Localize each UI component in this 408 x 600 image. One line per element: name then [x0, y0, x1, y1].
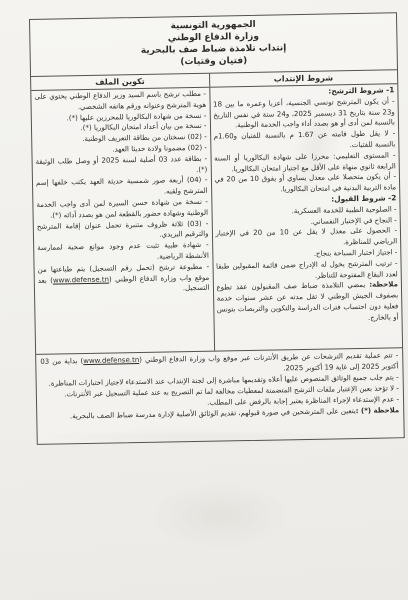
footer-note-label: ملاحظة (*) : — [356, 406, 400, 415]
note-label: ملاحظة: — [369, 281, 398, 290]
conditions-note: ملاحظة: يمضي التلامذة ضباط صف المقبولون … — [216, 280, 398, 327]
file-item: - مطلب ترشح باسم السيد وزير الدفاع الوطن… — [34, 89, 206, 114]
file-item: - نسخة من شهادة حسن السيرة لمن أدى واجب … — [36, 197, 208, 222]
general-notes-section: - تتم عملية تقديم الترشحات عن طريق الأنت… — [36, 347, 404, 444]
file-column: - مطلب ترشح باسم السيد وزير الدفاع الوطن… — [31, 88, 213, 354]
file-item: - (04) أربعة صور شمسية حديثة العهد يكتب … — [36, 175, 208, 200]
defense-website-url: www.defense.tn — [53, 275, 109, 284]
scanned-document-page: الجمهورية التونسية وزارة الدفاع الوطني إ… — [0, 0, 408, 600]
document-frame: الجمهورية التونسية وزارة الدفاع الوطني إ… — [29, 12, 405, 445]
file-item: - شهادة طبية تثبت عدم وجود موانع صحية لم… — [37, 240, 209, 265]
table-body-row: 1- شروط الترشح: - أن يكون المترشح تونسي … — [31, 84, 402, 354]
condition-item: - لا يقل طول قامته عن 1.67 م بالنسبة للف… — [214, 128, 396, 153]
defense-website-url: www.defense.tn — [83, 356, 139, 365]
scan-smudge — [150, 480, 290, 550]
document-header: الجمهورية التونسية وزارة الدفاع الوطني إ… — [30, 13, 397, 76]
file-item-registration-form: - مطبوعة ترشح (تحمل رقم التسجيل) يتم طبا… — [38, 261, 210, 297]
condition-item: - أن يكون المترشح تونسي الجنسية، أعزبا و… — [213, 96, 395, 132]
file-item: - (03) ثلاثة ظروف متنبرة تحمل عنوان إقام… — [37, 218, 209, 243]
conditions-column: 1- شروط الترشح: - أن يكون المترشح تونسي … — [209, 84, 402, 350]
file-item: - بطاقة عدد 03 أصلية لسنة 2025 أو وصل طل… — [36, 154, 208, 179]
